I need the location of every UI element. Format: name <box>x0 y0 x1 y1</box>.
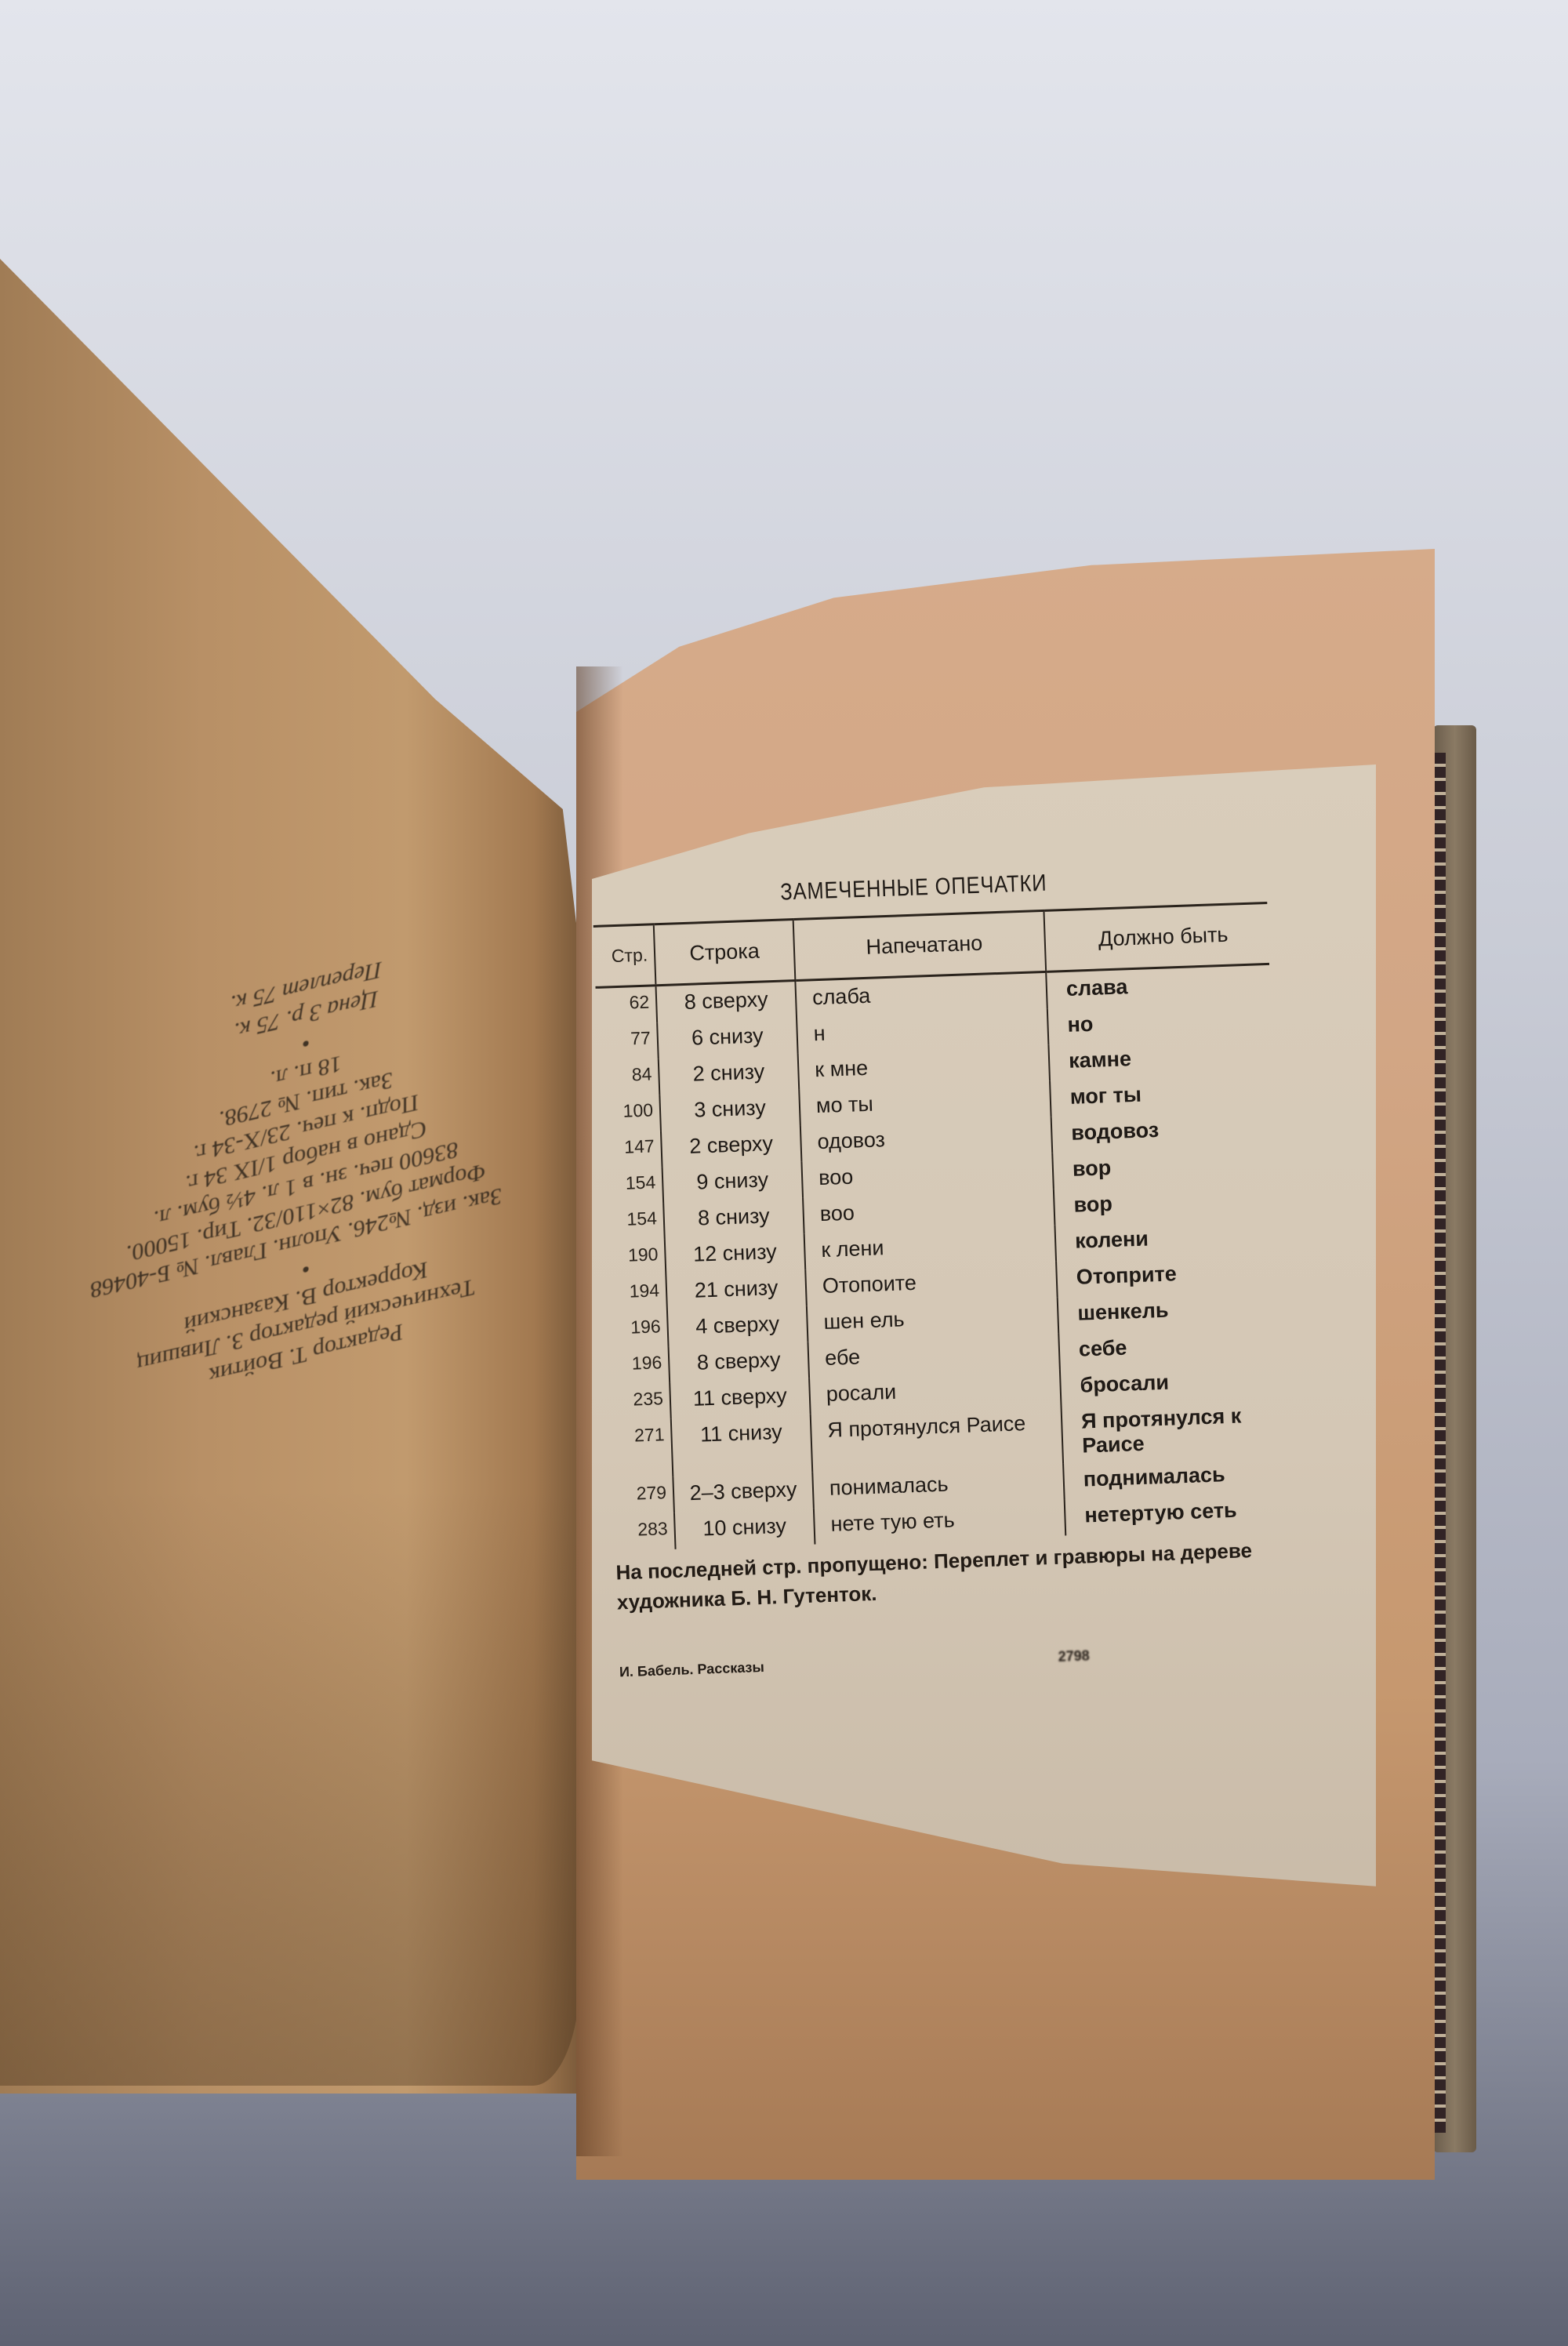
errata-line: 4 сверху <box>667 1306 808 1347</box>
cover-stitching <box>1435 753 1446 2133</box>
errata-page: 196 <box>607 1311 669 1349</box>
errata-line: 2–3 сверху <box>673 1473 813 1513</box>
errata-page: 100 <box>599 1095 661 1133</box>
errata-page: 271 <box>611 1419 673 1480</box>
errata-page: 77 <box>597 1022 659 1061</box>
errata-page: 279 <box>612 1477 674 1516</box>
errata-content: ЗАМЕЧЕННЫЕ ОПЕЧАТКИ Стр. Строка Напечата… <box>592 862 1325 1681</box>
errata-page: 190 <box>604 1239 666 1277</box>
errata-page: 147 <box>601 1131 662 1169</box>
errata-line: 8 сверху <box>669 1342 809 1383</box>
errata-line: 21 снизу <box>666 1270 806 1311</box>
errata-page: 196 <box>608 1347 670 1385</box>
errata-printed: Я протянулся Раисе <box>811 1406 1063 1473</box>
errata-page: 62 <box>596 986 658 1025</box>
left-page-shadow <box>0 1490 580 2086</box>
errata-table: Стр. Строка Напечатано Должно быть 628 с… <box>593 902 1289 1552</box>
errata-line: 9 снизу <box>662 1162 803 1203</box>
errata-line: 3 снизу <box>659 1090 800 1131</box>
errata-line: 8 снизу <box>663 1198 804 1239</box>
errata-line: 10 снизу <box>674 1509 815 1549</box>
errata-line: 6 снизу <box>657 1018 797 1059</box>
col-header-printed: Напечатано <box>793 910 1047 980</box>
errata-page: 84 <box>598 1059 660 1097</box>
errata-line: 11 снизу <box>671 1414 812 1477</box>
col-header-correct: Должно быть <box>1044 902 1269 971</box>
errata-body: 628 сверхуслабаслава776 снизунно842 сниз… <box>596 964 1290 1551</box>
errata-line: 8 сверху <box>655 981 797 1023</box>
photo-scene: Редактор Т. Войтик Технический редактор … <box>0 0 1568 2346</box>
errata-page: 154 <box>603 1203 665 1241</box>
errata-page: 235 <box>609 1383 671 1422</box>
errata-line: 12 снизу <box>665 1234 805 1275</box>
errata-correct: Я протянулся к Раисе <box>1061 1398 1286 1464</box>
errata-page: 154 <box>602 1167 664 1205</box>
errata-correct: нетертую сеть <box>1065 1491 1289 1535</box>
col-header-line: Строка <box>654 920 796 986</box>
errata-page: 283 <box>614 1513 676 1552</box>
errata-line: 2 снизу <box>659 1054 799 1095</box>
col-header-page: Стр. <box>593 924 656 988</box>
errata-line: 2 сверху <box>661 1126 801 1167</box>
errata-page: 194 <box>605 1275 667 1313</box>
errata-line: 11 сверху <box>670 1378 810 1419</box>
errata-printed: нете тую еть <box>814 1499 1065 1544</box>
footer-order-number: 2798 <box>1058 1647 1090 1665</box>
